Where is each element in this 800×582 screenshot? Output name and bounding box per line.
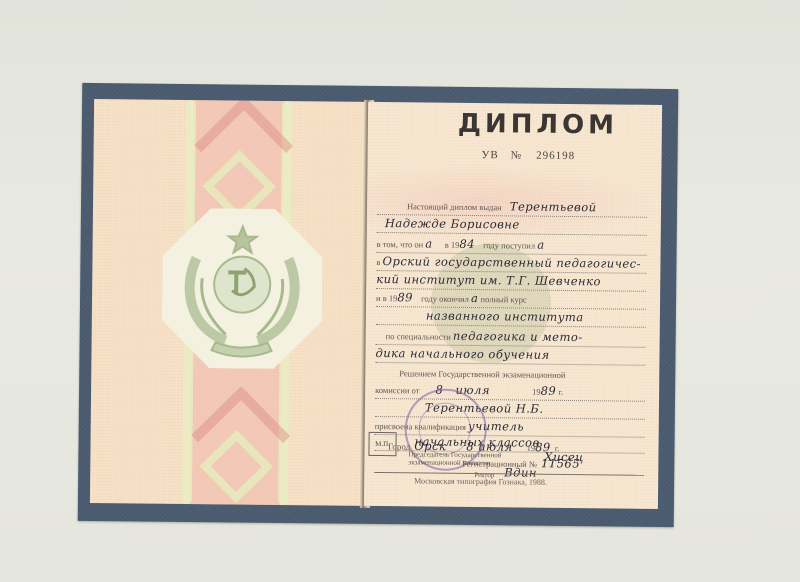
- graduated-line: и в 1989 году окончил а полный курс: [376, 290, 646, 310]
- institution-line-1: в Орский государственный педагогичес-: [376, 254, 646, 274]
- printer-imprint: Московская типография Гознака, 1988.: [414, 476, 547, 486]
- specialty-line-2: дика начального обучения: [375, 346, 645, 366]
- diploma-cover: ДИПЛОМ УВ№296198 Настоящий диплом выдан …: [78, 83, 679, 527]
- enrolled-line: в том, что он а в 1984 году поступил а: [377, 236, 647, 256]
- specialty-line-1: по специальности педагогика и мето-: [376, 328, 646, 348]
- registration-line: Регистрационный № 11565: [462, 453, 580, 472]
- institution-ref-line: названного института: [376, 308, 646, 328]
- diploma-title: ДИПЛОМ: [428, 109, 648, 141]
- serial-number: УВ№296198: [482, 149, 576, 162]
- left-page: [90, 99, 366, 506]
- commission-date-line: комиссии от 8 июля 1989 г.: [375, 382, 645, 402]
- institution-line-2: кий институт им. Т.Г. Шевченко: [376, 272, 646, 292]
- ussr-coat-of-arms-icon: [175, 218, 308, 359]
- full-name-line: Надежде Борисовне: [377, 216, 647, 236]
- issued-to-line: Настоящий диплом выдан Терентьевой: [377, 198, 647, 218]
